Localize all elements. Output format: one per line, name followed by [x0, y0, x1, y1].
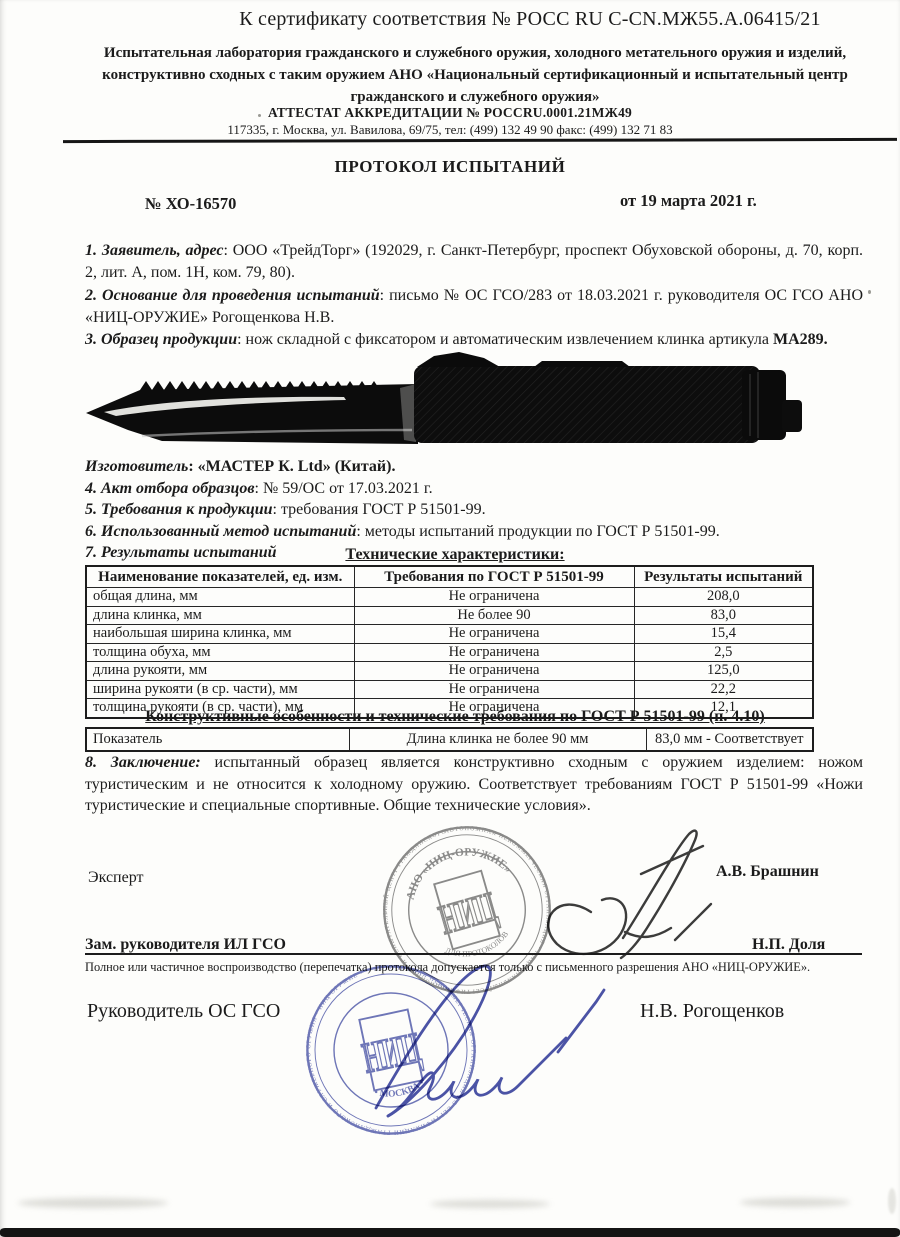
table-row: общая длина, ммНе ограничена208,0 [86, 588, 813, 607]
deputy-role-label: Зам. руководителя ИЛ ГСО [85, 936, 286, 954]
table-cell: 125,0 [634, 662, 813, 681]
table-cell: Не более 90 [354, 606, 634, 625]
constructive-features-heading: Конструктивные особенности и технические… [10, 708, 900, 726]
constructive-features-table: ПоказательДлина клинка не более 90 мм83,… [85, 727, 814, 752]
scan-smudge [888, 1188, 896, 1214]
table-cell: Показатель [86, 728, 349, 751]
scan-smudge [740, 1198, 850, 1207]
certificate-reference-line: К сертификату соответствия № РОСС RU C-C… [170, 8, 890, 31]
signature-underline [85, 953, 862, 955]
head-name: Н.В. Рогощенков [640, 1000, 784, 1023]
scan-smudge [430, 1200, 550, 1208]
sample-article: МА289. [773, 331, 828, 348]
protocol-date: от 19 марта 2021 г. [620, 191, 757, 211]
table-cell: длина клинка, мм [86, 606, 354, 625]
table-cell: наибольшая ширина клинка, мм [86, 625, 354, 644]
scan-smudge [18, 1198, 168, 1208]
tech-characteristics-heading: Технические характеристики: [10, 546, 900, 564]
table-cell: 208,0 [634, 588, 813, 607]
header-divider [63, 138, 897, 143]
table-header-cell: Требования по ГОСТ Р 51501-99 [354, 566, 634, 588]
table-cell: Не ограничена [354, 662, 634, 681]
table-cell: Не ограничена [354, 588, 634, 607]
stamp-ring-text: АВТОНОМНАЯ НЕКОММЕРЧЕСКАЯ ОРГАНИЗАЦИЯ • … [351, 794, 572, 1020]
expert-signature [505, 820, 720, 970]
expert-role-label: Эксперт [88, 869, 143, 887]
applicant-label: 1. Заявитель, адрес [85, 242, 223, 259]
conclusion-paragraph: 8. Заключение: испытанный образец являет… [85, 752, 863, 817]
knife-blade [86, 381, 418, 444]
scan-speck [258, 114, 261, 117]
svg-text:АНО «НИЦ-ОРУЖИЕ»: АНО «НИЦ-ОРУЖИЕ» [395, 833, 516, 904]
svg-text:АВТОНОМНАЯ НЕКОММЕРЧЕСКАЯ ОРГА: АВТОНОМНАЯ НЕКОММЕРЧЕСКАЯ ОРГАНИЗАЦИЯ • … [351, 794, 572, 1020]
svg-text:АВТОНОМНАЯ НЕКОММЕРЧЕСКАЯ ОРГА: АВТОНОМНАЯ НЕКОММЕРЧЕСКАЯ ОРГАНИЗАЦИЯ ПО… [289, 948, 492, 1151]
basis-label: 2. Основание для проведения испытаний [85, 287, 380, 304]
table-cell: Длина клинка не более 90 мм [349, 728, 646, 751]
sampling-act-label: 4. Акт отбора образцов [85, 480, 255, 497]
tech-characteristics-table: Наименование показателей, ед. изм. Требо… [85, 565, 814, 719]
table-cell: толщина обуха, мм [86, 643, 354, 662]
document-title: ПРОТОКОЛ ИСПЫТАНИЙ [0, 157, 900, 177]
table-row: толщина обуха, ммНе ограничена2,5 [86, 643, 813, 662]
table-row: наибольшая ширина клинка, ммНе ограничен… [86, 625, 813, 644]
table-cell: Не ограничена [354, 625, 634, 644]
table-cell: длина рукояти, мм [86, 662, 354, 681]
sample-text: : нож складной с фиксатором и автоматиче… [237, 331, 773, 348]
scan-speck [868, 290, 871, 294]
table-cell: 83,0 мм - Соответствует [646, 728, 813, 751]
stamp-center-text: НИЦ [435, 884, 502, 943]
accreditation-line: АТТЕСТАТ АККРЕДИТАЦИИ № РОССRU.0001.21МЖ… [65, 105, 835, 121]
table-row: длина рукояти, ммНе ограничена125,0 [86, 662, 813, 681]
table-cell: 22,2 [634, 680, 813, 699]
table-cell: ширина рукояти (в ср. части), мм [86, 680, 354, 699]
reproduction-disclaimer: Полное или частичное воспроизводство (пе… [85, 960, 870, 975]
expert-name: А.В. Брашнин [716, 863, 819, 881]
table-row: длина клинка, ммНе более 9083,0 [86, 606, 813, 625]
method-text: : методы испытаний продукции по ГОСТ Р 5… [356, 523, 719, 540]
sampling-act-text: : № 59/ОС от 17.03.2021 г. [255, 480, 433, 497]
conclusion-text: испытанный образец является конструктивн… [85, 754, 863, 814]
stamp-city-arc: • МОСКВА • [371, 1077, 428, 1104]
table-cell: 2,5 [634, 643, 813, 662]
protocol-stamp: АВТОНОМНАЯ НЕКОММЕРЧЕСКАЯ ОРГАНИЗАЦИЯ • … [351, 794, 584, 1027]
table-row: ПоказательДлина клинка не более 90 мм83,… [86, 728, 813, 751]
table-header-row: Наименование показателей, ед. изм. Требо… [86, 566, 813, 588]
deputy-name: Н.П. Доля [752, 936, 825, 954]
requirements-text: : требования ГОСТ Р 51501-99. [273, 501, 486, 518]
laboratory-name: Испытательная лаборатория гражданского и… [90, 42, 860, 108]
table-cell: 15,4 [634, 625, 813, 644]
stamp-org-arc: АНО «НИЦ-ОРУЖИЕ» [395, 833, 516, 904]
table-cell: Не ограничена [354, 643, 634, 662]
scan-edge-bar [0, 1228, 900, 1237]
stamp-center-text: НИЦ [358, 1024, 424, 1083]
knife-handle [414, 352, 802, 443]
maker-line: Изготовитель: «МАСТЕР К. Ltd» (Китай). [85, 456, 863, 478]
table-header-cell: Результаты испытаний [634, 566, 813, 588]
table-cell: 83,0 [634, 606, 813, 625]
table-cell: Не ограничена [354, 680, 634, 699]
maker-label: Изготовитель [85, 458, 188, 475]
conclusion-label: 8. Заключение: [85, 754, 201, 771]
maker-text: : «МАСТЕР К. Ltd» (Китай). [188, 458, 395, 475]
sample-label: 3. Образец продукции [85, 331, 237, 348]
stamp-ring-text: АВТОНОМНАЯ НЕКОММЕРЧЕСКАЯ ОРГАНИЗАЦИЯ ПО… [289, 948, 492, 1151]
method-label: 6. Использованный метод испытаний [85, 523, 356, 540]
table-header-cell: Наименование показателей, ед. изм. [86, 566, 354, 588]
head-role-label: Руководитель ОС ГСО [87, 1000, 280, 1023]
address-line: 117335, г. Москва, ул. Вавилова, 69/75, … [65, 122, 835, 138]
table-cell: общая длина, мм [86, 588, 354, 607]
document-page: К сертификату соответствия № РОСС RU C-C… [0, 0, 900, 1237]
knife-photo [82, 350, 806, 452]
paragraphs-1-3: 1. Заявитель, адрес: ООО «ТрейдТорг» (19… [85, 240, 863, 351]
table-row: ширина рукояти (в ср. части), ммНе огран… [86, 680, 813, 699]
requirements-label: 5. Требования к продукции [85, 501, 273, 518]
svg-text:• МОСКВА •: • МОСКВА • [371, 1077, 428, 1104]
protocol-number: № ХО-16570 [145, 194, 236, 214]
head-signature [318, 956, 618, 1131]
